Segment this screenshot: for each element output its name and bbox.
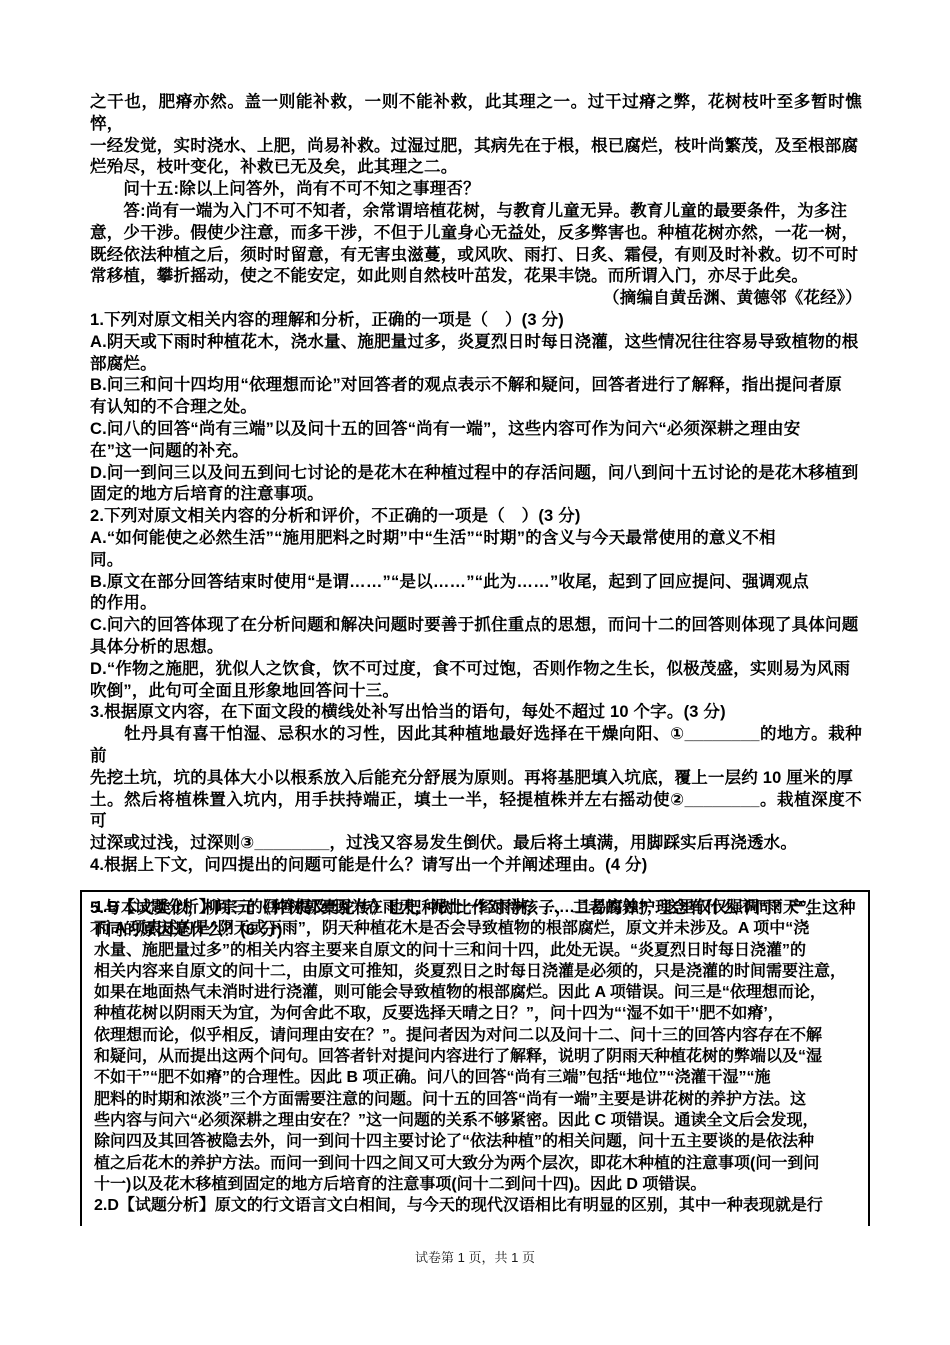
reading-passage: 之干也，肥瘠亦然。盖一则能补救，一则不能补救，此其理之一。过干过瘠之弊，花树枝叶…: [90, 92, 862, 288]
text-line: 不如干”“肥不如瘠”的合理性。因此 B 项正确。问八的回答“尚有三端”包括“地位…: [94, 1067, 856, 1088]
text-line: 除问四及其回答被隐去外，问一到问十四主要讨论了“依法种植”的相关问题，问十五主要…: [94, 1131, 856, 1152]
question-4: 4.根据上下文，问四提出的问题可能是什么？请写出一个并阐述理由。(4 分): [90, 855, 862, 877]
text-line: B.原文在部分回答结束时使用“是谓……”“是以……”“此为……”收尾，起到了回应…: [90, 572, 862, 594]
answer-analysis-box: 1.B【试题分析】问三的回答提及“因为在雨天，泥土一经雨淋，……且易腐蚀”，这里…: [80, 890, 870, 1226]
text-line: 之干也，肥瘠亦然。盖一则能补救，一则不能补救，此其理之一。过干过瘠之弊，花树枝叶…: [90, 92, 862, 136]
text-line: 问十五:除以上问答外，尚有不可不知之事理否？: [90, 179, 862, 201]
text-line: 植之后花木的养护方法。而问一到问十四之间又可大致分为两个层次，即花木种植的注意事…: [94, 1153, 856, 1174]
text-line: 在”这一问题的补充。: [90, 441, 862, 463]
text-line: 先挖土坑，坑的具体大小以根系放入后能充分舒展为原则。再将基肥填入坑底，覆上一层约…: [90, 768, 862, 790]
question-3: 3.根据原文内容，在下面文段的横线处补写出恰当的语句，每处不超过 10 个字。(…: [90, 702, 862, 855]
text-line: D.问一到问三以及问五到问七讨论的是花木在种植过程中的存活问题，问八到问十五讨论…: [90, 463, 862, 485]
text-line: 答:尚有一端为入门不可不知者，余常谓培植花树，与教育儿童无异。教育儿童的最要条件…: [90, 201, 862, 223]
text-line: 土。然后将植株置入坑内，用手扶持端正，填土一半，轻提植株并左右摇动使②_____…: [90, 790, 862, 834]
text-line: 4.根据上下文，问四提出的问题可能是什么？请写出一个并阐述理由。(4 分): [90, 855, 862, 877]
text-line: B.问三和问十四均用“依理想而论”对回答者的观点表示不解和疑问，回答者进行了解释…: [90, 375, 862, 397]
text-line: 种植花树以阴雨天为宜，为何舍此不取，反要选择天晴之日？”，问十四为“‘湿不如干’…: [94, 1003, 856, 1024]
text-line: A.“如何能使之必然生活”“施用肥料之时期”中“生活”“时期”的含义与今天最常使…: [90, 528, 862, 550]
text-line: 依理想而论，似乎相反，请问理由安在？”。提问者因为对问二以及问十二、问十三的回答…: [94, 1025, 856, 1046]
text-line: A.阴天或下雨时种植花木，浇水量、施肥量过多，炎夏烈日时每日浇灌，这些情况往往容…: [90, 332, 862, 354]
text-line: 1.B【试题分析】问三的回答提及“因为在雨天，泥土一经雨淋，……且易腐蚀”，这里…: [94, 897, 856, 918]
text-line: 肥料的时期和浓淡”三个方面需要注意的问题。问十五的回答“尚有一端”主要是讲花树的…: [94, 1089, 856, 1110]
text-line: 1.下列对原文相关内容的理解和分析，正确的一项是（ ）(3 分): [90, 310, 862, 332]
question-2: 2.下列对原文相关内容的分析和评价，不正确的一项是（ ）(3 分)A.“如何能使…: [90, 506, 862, 702]
text-line: 相关内容来自原文的问十二，由原文可推知，炎夏烈日之时每日浇灌是必须的，只是浇灌的…: [94, 961, 856, 982]
text-line: 如果在地面热气未消时进行浇灌，则可能会导致植物的根部腐烂。因此 A 项错误。问三…: [94, 982, 856, 1003]
text-line: 常移植，攀折摇动，使之不能安定，如此则自然枝叶茁发，花果丰饶。而所谓入门，亦尽于…: [90, 266, 862, 288]
text-line: 十一)以及花木移植到固定的地方后培育的注意事项(问十二到问十四)。因此 D 项错…: [94, 1174, 856, 1195]
text-line: 有认知的不合理之处。: [90, 397, 862, 419]
text-line: 意，少干涉。假使少注意，而多干涉，不但于儿童身心无益处，反多弊害也。种植花树亦然…: [90, 223, 862, 245]
text-line: C.问八的回答“尚有三端”以及问十五的回答“尚有一端”，这些内容可作为问六“必须…: [90, 419, 862, 441]
text-line: 些内容与问六“必须深耕之理由安在？”这一问题的关系不够紧密。因此 C 项错误。通…: [94, 1110, 856, 1131]
exam-paper-page: 之干也，肥瘠亦然。盖一则能补救，一则不能补救，此其理之一。过干过瘠之弊，花树枝叶…: [0, 0, 950, 1345]
text-line: 同。: [90, 550, 862, 572]
text-line: 固定的地方后培育的注意事项。: [90, 484, 862, 506]
passage-attribution: （摘编自黄岳渊、黄德邻《花经》）: [90, 288, 862, 310]
text-line: 过深或过浅，过深则③________，过浅又容易发生倒伏。最后将土填满，用脚踩实…: [90, 833, 862, 855]
text-line: 牡丹具有喜干怕湿、忌积水的习性，因此其种植地最好选择在干燥向阳、①_______…: [90, 724, 862, 768]
text-line: 而 A 项表述的是“阴天或下雨”，阴天种植花木是否会导致植物的根部腐烂，原文并未…: [94, 918, 856, 939]
text-line: 的作用。: [90, 593, 862, 615]
page-number-footer: 试卷第 1 页，共 1 页: [0, 1247, 950, 1266]
text-line: 烂殆尽，枝叶变化，补救已无及矣，此其理之二。: [90, 157, 862, 179]
text-line: 水量、施肥量过多”的相关内容主要来自原文的问十三和问十四，此处无误。“炎夏烈日时…: [94, 940, 856, 961]
text-line: 3.根据原文内容，在下面文段的横线处补写出恰当的语句，每处不超过 10 个字。(…: [90, 702, 862, 724]
text-line: 2.下列对原文相关内容的分析和评价，不正确的一项是（ ）(3 分): [90, 506, 862, 528]
text-line: 一经发觉，实时浇水、上肥，尚易补救。过湿过肥，其病先在于根，根已腐烂，枝叶尚繁茂…: [90, 136, 862, 158]
text-line: C.问六的回答体现了在分析问题和解决问题时要善于抓住重点的思想，而问十二的回答则…: [90, 615, 862, 637]
text-line: 具体分析的思想。: [90, 637, 862, 659]
text-line: D.“作物之施肥，犹似人之饮食，饮不可过度，食不可过饱，否则作物之生长，似极茂盛…: [90, 659, 862, 681]
text-line: 2.D【试题分析】原文的行文语言文白相间，与今天的现代汉语相比有明显的区别，其中…: [94, 1195, 856, 1216]
text-line: 吹倒”，此句可全面且形象地回答问十三。: [90, 681, 862, 703]
text-line: 部腐烂。: [90, 354, 862, 376]
text-line: 既经依法种植之后，须时时留意，有无害虫滋蔓，或风吹、雨打、日炙、霜侵，有则及时补…: [90, 245, 862, 267]
page-body: 之干也，肥瘠亦然。盖一则能补救，一则不能补救，此其理之一。过干过瘠之弊，花树枝叶…: [90, 92, 862, 942]
question-1: 1.下列对原文相关内容的理解和分析，正确的一项是（ ）(3 分)A.阴天或下雨时…: [90, 310, 862, 506]
text-line: 和疑问，从而提出这两个问句。回答者针对提问内容进行了解释，说明了阴雨天种植花树的…: [94, 1046, 856, 1067]
